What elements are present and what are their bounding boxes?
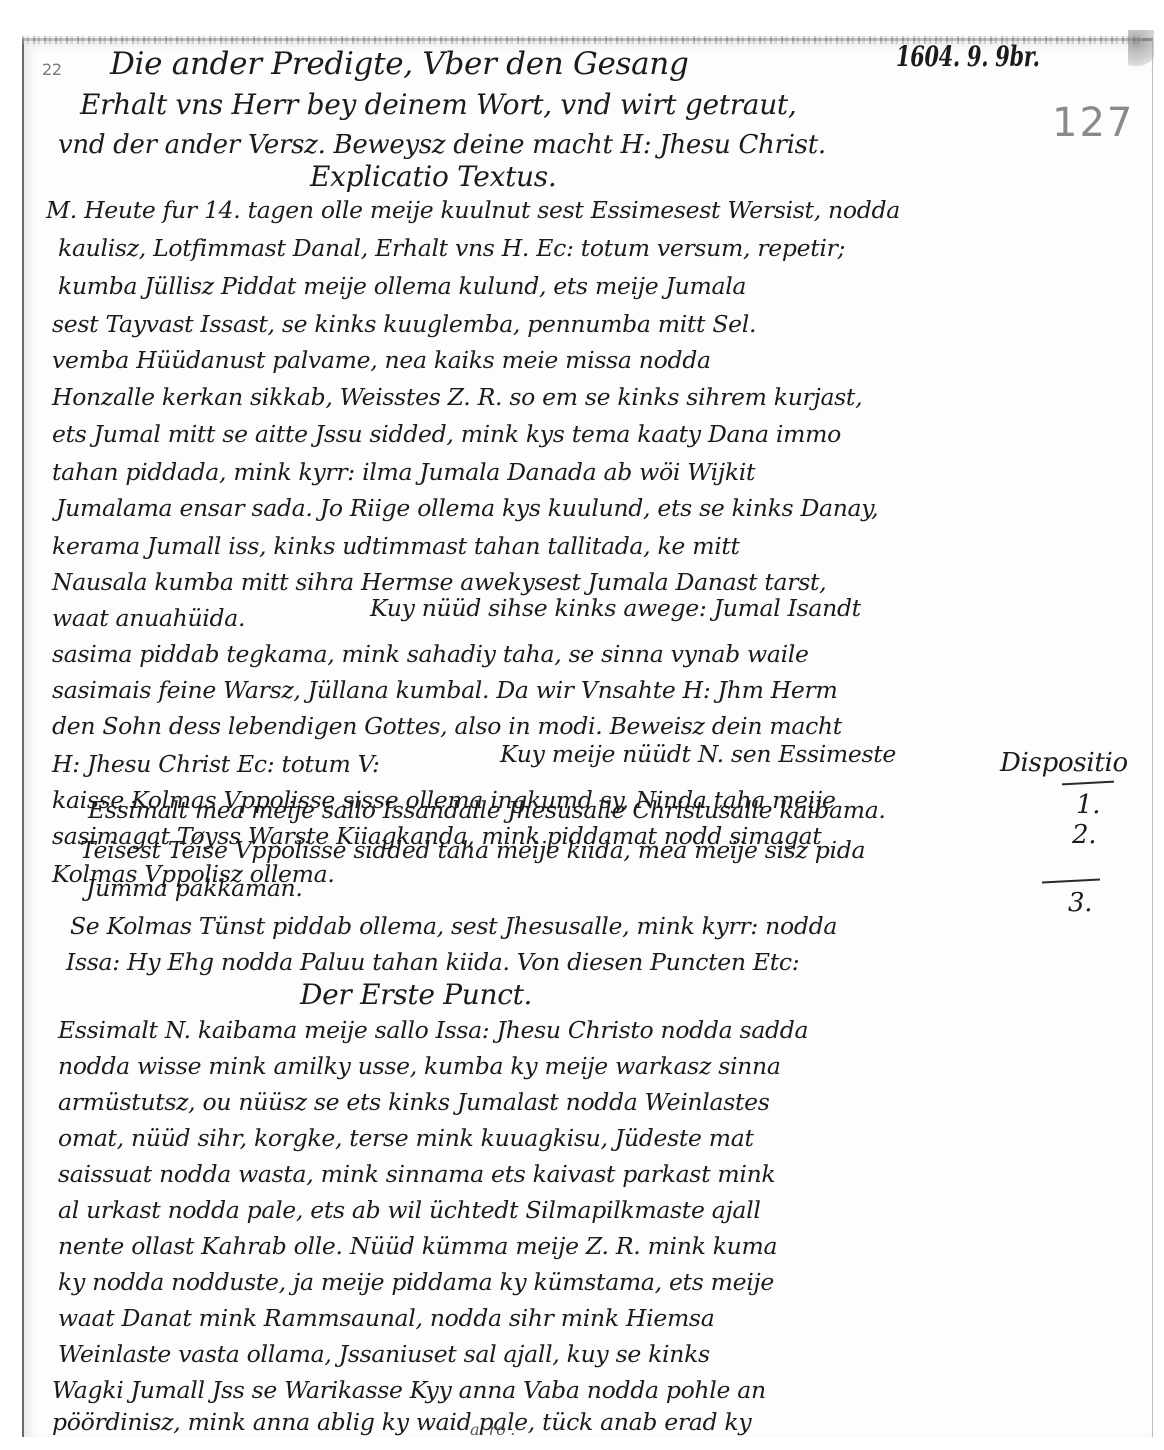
pencil-margin-note: 22 xyxy=(42,60,62,79)
bleed-through-fragment: a. ro . xyxy=(470,1420,515,1439)
text-line: sest Tayvast Issast, se kinks kuuglemba,… xyxy=(52,310,756,338)
text-line: Weinlaste vasta ollama, Jssaniuset sal a… xyxy=(58,1340,710,1368)
text-line: Essimalt mea meije sallo Issandalle Jhes… xyxy=(88,796,886,824)
text-line: vemba Hüüdanust palvame, nea kaiks meie … xyxy=(52,346,711,374)
text-line: pöördinisz, mink anna ablig ky waid pale… xyxy=(52,1408,751,1436)
text-line: Kuy meije nüüdt N. sen Essimeste xyxy=(500,740,896,768)
text-line: Issa: Hy Ehg nodda Paluu tahan kiida. Vo… xyxy=(66,948,799,976)
text-line: sasimais feine Warsz, Jüllana kumbal. Da… xyxy=(52,676,837,704)
text-line: tahan piddada, mink kyrr: ilma Jumala Da… xyxy=(52,458,755,486)
text-line: armüstutsz, ou nüüsz se ets kinks Jumala… xyxy=(58,1088,769,1116)
text-line: Wagki Jumall Jss se Warikasse Kyy anna V… xyxy=(52,1376,766,1404)
text-line: nente ollast Kahrab olle. Nüüd kümma mei… xyxy=(58,1232,777,1260)
text-line: Essimalt N. kaibama meije sallo Issa: Jh… xyxy=(58,1016,808,1044)
text-line: Honzalle kerkan sikkab, Weisstes Z. R. s… xyxy=(52,383,862,411)
text-line: Nausala kumba mitt sihra Hermse awekyses… xyxy=(52,568,826,596)
dispositio-item-2: 2. xyxy=(1072,820,1096,850)
sermon-title: Die ander Predigte, Vber den Gesang xyxy=(110,46,689,82)
text-line: den Sohn dess lebendigen Gottes, also in… xyxy=(52,712,842,740)
text-line: Kuy nüüd sihse kinks awege: Jumal Isandt xyxy=(370,594,861,622)
text-line: Jumma pakkaman. xyxy=(86,874,303,902)
text-line: Se Kolmas Tünst piddab ollema, sest Jhes… xyxy=(70,912,837,940)
text-line: ets Jumal mitt se aitte Jssu sidded, min… xyxy=(52,420,841,448)
text-line: ky nodda nodduste, ja meije piddama ky k… xyxy=(58,1268,774,1296)
text-line: waat anuahüida. xyxy=(52,604,245,632)
section-first-point: Der Erste Punct. xyxy=(300,978,532,1011)
text-line: Jumalama ensar sada. Jo Riige ollema kys… xyxy=(56,494,878,522)
page-corner-stain xyxy=(1128,30,1154,70)
text-line: sasima piddab tegkama, mink sahadiy taha… xyxy=(52,640,809,668)
text-line: waat Danat mink Rammsaunal, nodda sihr m… xyxy=(58,1304,714,1332)
folio-number: 127 xyxy=(1052,100,1134,146)
text-line: al urkast nodda pale, ets ab wil üchtedt… xyxy=(58,1196,761,1224)
text-line: saissuat nodda wasta, mink sinnama ets k… xyxy=(58,1160,775,1188)
dispositio-label: Dispositio xyxy=(1000,748,1128,778)
text-line: kaulisz, Lotfimmast Danal, Erhalt vns H.… xyxy=(58,234,845,262)
text-line: Teisest Teise Vppolisse sidded taha meij… xyxy=(80,836,865,864)
text-line: H: Jhesu Christ Ec: totum V: xyxy=(52,750,380,778)
text-line: kumba Jüllisz Piddat meije ollema kulund… xyxy=(58,272,746,300)
text-line: nodda wisse mink amilky usse, kumba ky m… xyxy=(58,1052,781,1080)
text-line: M. Heute fur 14. tagen olle meije kuulnu… xyxy=(46,196,900,224)
text-line: kerama Jumall iss, kinks udtimmast tahan… xyxy=(52,532,740,560)
text-line: omat, nüüd sihr, korgke, terse mink kuua… xyxy=(58,1124,754,1152)
hymn-line-1: Erhalt vns Herr bey deinem Wort, vnd wir… xyxy=(80,88,796,121)
dispositio-item-1: 1. xyxy=(1076,790,1100,820)
hymn-line-2: vnd der ander Versz. Beweysz deine macht… xyxy=(58,130,826,160)
section-explicatio: Explicatio Textus. xyxy=(310,160,556,193)
sermon-date: 1604. 9. 9br. xyxy=(896,40,1040,73)
dispositio-item-3: 3. xyxy=(1068,888,1092,918)
